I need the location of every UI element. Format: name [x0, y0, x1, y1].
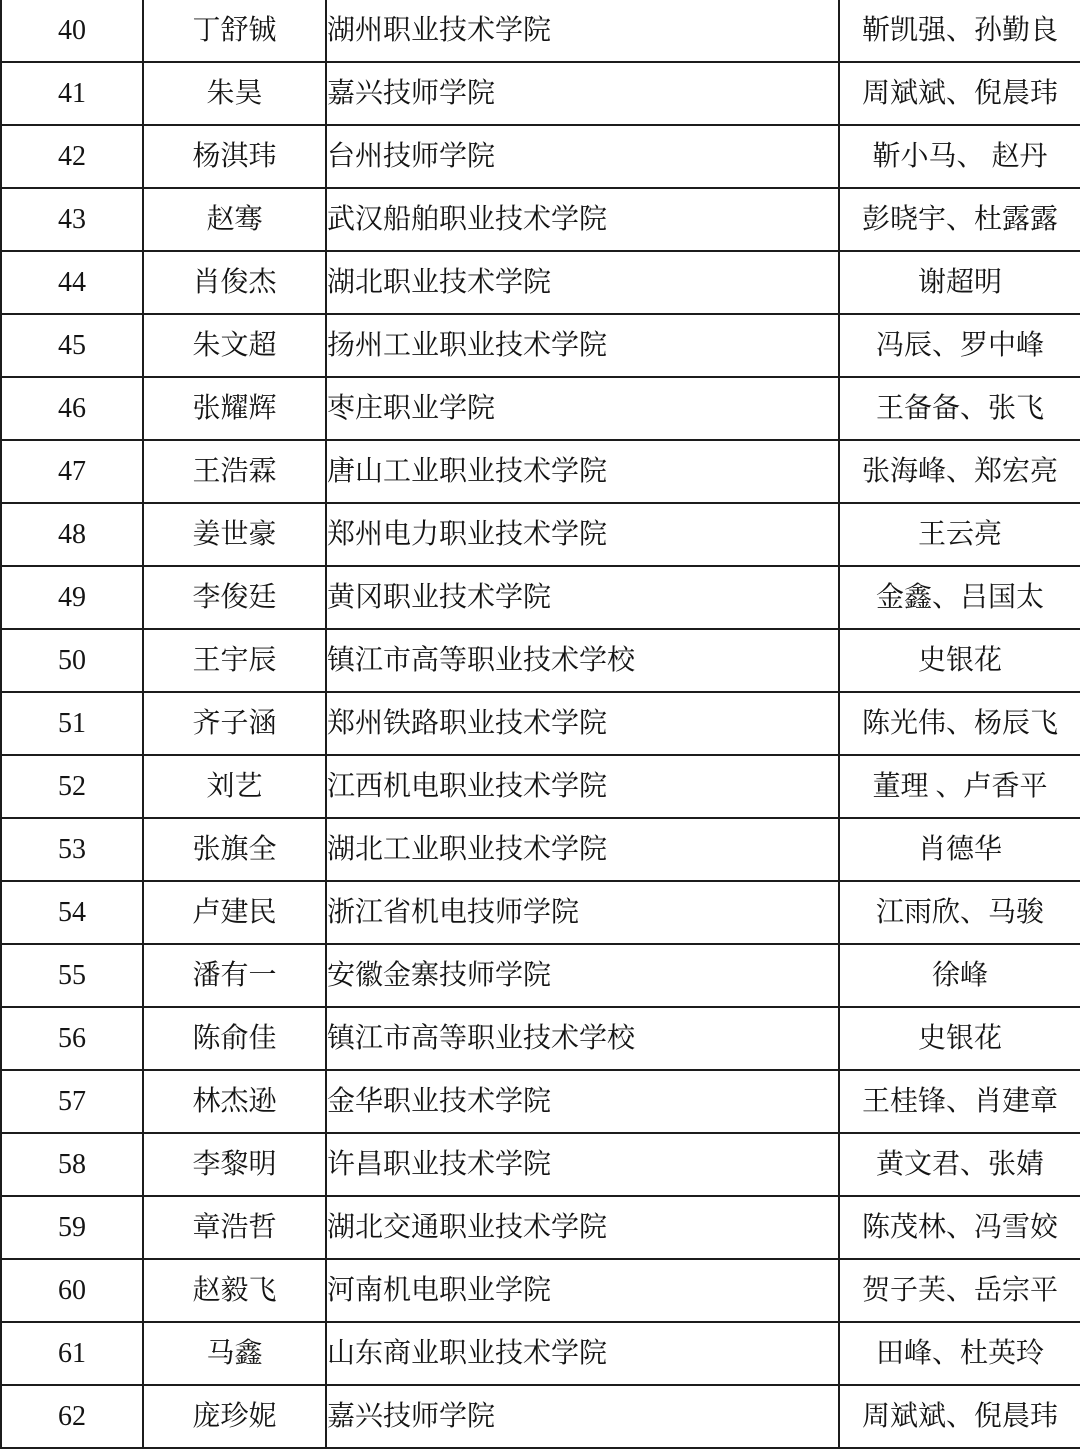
- cell-student-name: 陈俞佳: [143, 1007, 326, 1070]
- table-row: 41 朱昊 嘉兴技师学院 周斌斌、倪晨玮: [1, 62, 1080, 125]
- cell-student-name: 李俊廷: [143, 566, 326, 629]
- cell-row-number: 44: [1, 251, 143, 314]
- table-row: 40 丁舒铖 湖州职业技术学院 靳凯强、孙勤良: [1, 0, 1080, 62]
- cell-row-number: 57: [1, 1070, 143, 1133]
- cell-student-name: 赵骞: [143, 188, 326, 251]
- cell-school: 山东商业职业技术学院: [326, 1322, 839, 1385]
- cell-advisors: 徐峰: [839, 944, 1080, 1007]
- cell-student-name: 王浩霖: [143, 440, 326, 503]
- cell-school: 江西机电职业技术学院: [326, 755, 839, 818]
- cell-school: 武汉船舶职业技术学院: [326, 188, 839, 251]
- cell-advisors: 周斌斌、倪晨玮: [839, 1385, 1080, 1448]
- cell-student-name: 朱昊: [143, 62, 326, 125]
- cell-advisors: 史银花: [839, 629, 1080, 692]
- cell-advisors: 冯辰、罗中峰: [839, 314, 1080, 377]
- cell-school: 郑州电力职业技术学院: [326, 503, 839, 566]
- cell-advisors: 谢超明: [839, 251, 1080, 314]
- cell-advisors: 田峰、杜英玲: [839, 1322, 1080, 1385]
- cell-row-number: 58: [1, 1133, 143, 1196]
- cell-row-number: 56: [1, 1007, 143, 1070]
- cell-student-name: 姜世豪: [143, 503, 326, 566]
- cell-school: 浙江省机电技师学院: [326, 881, 839, 944]
- table-row: 52 刘艺 江西机电职业技术学院 董理 、卢香平: [1, 755, 1080, 818]
- cell-row-number: 47: [1, 440, 143, 503]
- cell-school: 嘉兴技师学院: [326, 62, 839, 125]
- cell-student-name: 肖俊杰: [143, 251, 326, 314]
- cell-student-name: 林杰逊: [143, 1070, 326, 1133]
- cell-student-name: 王宇辰: [143, 629, 326, 692]
- cell-student-name: 庞珍妮: [143, 1385, 326, 1448]
- cell-advisors: 靳凯强、孙勤良: [839, 0, 1080, 62]
- cell-student-name: 赵毅飞: [143, 1259, 326, 1322]
- cell-school: 扬州工业职业技术学院: [326, 314, 839, 377]
- cell-student-name: 刘艺: [143, 755, 326, 818]
- table-row: 62 庞珍妮 嘉兴技师学院 周斌斌、倪晨玮: [1, 1385, 1080, 1448]
- cell-row-number: 62: [1, 1385, 143, 1448]
- cell-advisors: 彭晓宇、杜露露: [839, 188, 1080, 251]
- table-row: 54 卢建民 浙江省机电技师学院 江雨欣、马骏: [1, 881, 1080, 944]
- cell-row-number: 61: [1, 1322, 143, 1385]
- cell-school: 黄冈职业技术学院: [326, 566, 839, 629]
- table-row: 49 李俊廷 黄冈职业技术学院 金鑫、吕国太: [1, 566, 1080, 629]
- cell-row-number: 53: [1, 818, 143, 881]
- cell-student-name: 杨淇玮: [143, 125, 326, 188]
- cell-student-name: 潘有一: [143, 944, 326, 1007]
- table-row: 57 林杰逊 金华职业技术学院 王桂锋、肖建章: [1, 1070, 1080, 1133]
- table-row: 59 章浩哲 湖北交通职业技术学院 陈茂林、冯雪姣: [1, 1196, 1080, 1259]
- cell-school: 湖北职业技术学院: [326, 251, 839, 314]
- table-row: 61 马鑫 山东商业职业技术学院 田峰、杜英玲: [1, 1322, 1080, 1385]
- table-row: 43 赵骞 武汉船舶职业技术学院 彭晓宇、杜露露: [1, 188, 1080, 251]
- cell-advisors: 靳小马、 赵丹: [839, 125, 1080, 188]
- cell-advisors: 史银花: [839, 1007, 1080, 1070]
- cell-row-number: 55: [1, 944, 143, 1007]
- cell-row-number: 54: [1, 881, 143, 944]
- table-row: 55 潘有一 安徽金寨技师学院 徐峰: [1, 944, 1080, 1007]
- cell-school: 湖北交通职业技术学院: [326, 1196, 839, 1259]
- cell-school: 台州技师学院: [326, 125, 839, 188]
- table-row: 60 赵毅飞 河南机电职业学院 贺子芙、岳宗平: [1, 1259, 1080, 1322]
- cell-school: 湖北工业职业技术学院: [326, 818, 839, 881]
- table-row: 56 陈俞佳 镇江市高等职业技术学校 史银花: [1, 1007, 1080, 1070]
- cell-advisors: 周斌斌、倪晨玮: [839, 62, 1080, 125]
- cell-advisors: 肖德华: [839, 818, 1080, 881]
- cell-advisors: 王备备、张飞: [839, 377, 1080, 440]
- cell-school: 镇江市高等职业技术学校: [326, 1007, 839, 1070]
- cell-student-name: 张耀辉: [143, 377, 326, 440]
- cell-school: 唐山工业职业技术学院: [326, 440, 839, 503]
- cell-row-number: 45: [1, 314, 143, 377]
- cell-advisors: 黄文君、张婧: [839, 1133, 1080, 1196]
- cell-row-number: 51: [1, 692, 143, 755]
- cell-student-name: 马鑫: [143, 1322, 326, 1385]
- cell-school: 镇江市高等职业技术学校: [326, 629, 839, 692]
- table-row: 48 姜世豪 郑州电力职业技术学院 王云亮: [1, 503, 1080, 566]
- table-row: 53 张旗全 湖北工业职业技术学院 肖德华: [1, 818, 1080, 881]
- table-row: 45 朱文超 扬州工业职业技术学院 冯辰、罗中峰: [1, 314, 1080, 377]
- cell-school: 枣庄职业学院: [326, 377, 839, 440]
- cell-row-number: 48: [1, 503, 143, 566]
- cell-school: 许昌职业技术学院: [326, 1133, 839, 1196]
- cell-school: 嘉兴技师学院: [326, 1385, 839, 1448]
- cell-advisors: 金鑫、吕国太: [839, 566, 1080, 629]
- cell-student-name: 朱文超: [143, 314, 326, 377]
- table-row: 50 王宇辰 镇江市高等职业技术学校 史银花: [1, 629, 1080, 692]
- cell-advisors: 董理 、卢香平: [839, 755, 1080, 818]
- cell-advisors: 陈茂林、冯雪姣: [839, 1196, 1080, 1259]
- cell-advisors: 陈光伟、杨辰飞: [839, 692, 1080, 755]
- cell-row-number: 60: [1, 1259, 143, 1322]
- cell-row-number: 46: [1, 377, 143, 440]
- cell-advisors: 江雨欣、马骏: [839, 881, 1080, 944]
- cell-student-name: 齐子涵: [143, 692, 326, 755]
- cell-school: 郑州铁路职业技术学院: [326, 692, 839, 755]
- cell-school: 安徽金寨技师学院: [326, 944, 839, 1007]
- cell-row-number: 43: [1, 188, 143, 251]
- table-row: 46 张耀辉 枣庄职业学院 王备备、张飞: [1, 377, 1080, 440]
- cell-student-name: 李黎明: [143, 1133, 326, 1196]
- cell-school: 湖州职业技术学院: [326, 0, 839, 62]
- table-row: 47 王浩霖 唐山工业职业技术学院 张海峰、郑宏亮: [1, 440, 1080, 503]
- table-row: 42 杨淇玮 台州技师学院 靳小马、 赵丹: [1, 125, 1080, 188]
- cell-row-number: 50: [1, 629, 143, 692]
- cell-row-number: 49: [1, 566, 143, 629]
- cell-school: 河南机电职业学院: [326, 1259, 839, 1322]
- cell-student-name: 张旗全: [143, 818, 326, 881]
- cell-school: 金华职业技术学院: [326, 1070, 839, 1133]
- cell-advisors: 王云亮: [839, 503, 1080, 566]
- cell-row-number: 40: [1, 0, 143, 62]
- cell-advisors: 张海峰、郑宏亮: [839, 440, 1080, 503]
- cell-row-number: 59: [1, 1196, 143, 1259]
- cell-student-name: 丁舒铖: [143, 0, 326, 62]
- cell-advisors: 贺子芙、岳宗平: [839, 1259, 1080, 1322]
- cell-student-name: 章浩哲: [143, 1196, 326, 1259]
- table-row: 44 肖俊杰 湖北职业技术学院 谢超明: [1, 251, 1080, 314]
- student-roster-table: 40 丁舒铖 湖州职业技术学院 靳凯强、孙勤良 41 朱昊 嘉兴技师学院 周斌斌…: [0, 0, 1080, 1449]
- table-row: 51 齐子涵 郑州铁路职业技术学院 陈光伟、杨辰飞: [1, 692, 1080, 755]
- cell-advisors: 王桂锋、肖建章: [839, 1070, 1080, 1133]
- cell-row-number: 41: [1, 62, 143, 125]
- cell-row-number: 42: [1, 125, 143, 188]
- cell-row-number: 52: [1, 755, 143, 818]
- table-row: 58 李黎明 许昌职业技术学院 黄文君、张婧: [1, 1133, 1080, 1196]
- cell-student-name: 卢建民: [143, 881, 326, 944]
